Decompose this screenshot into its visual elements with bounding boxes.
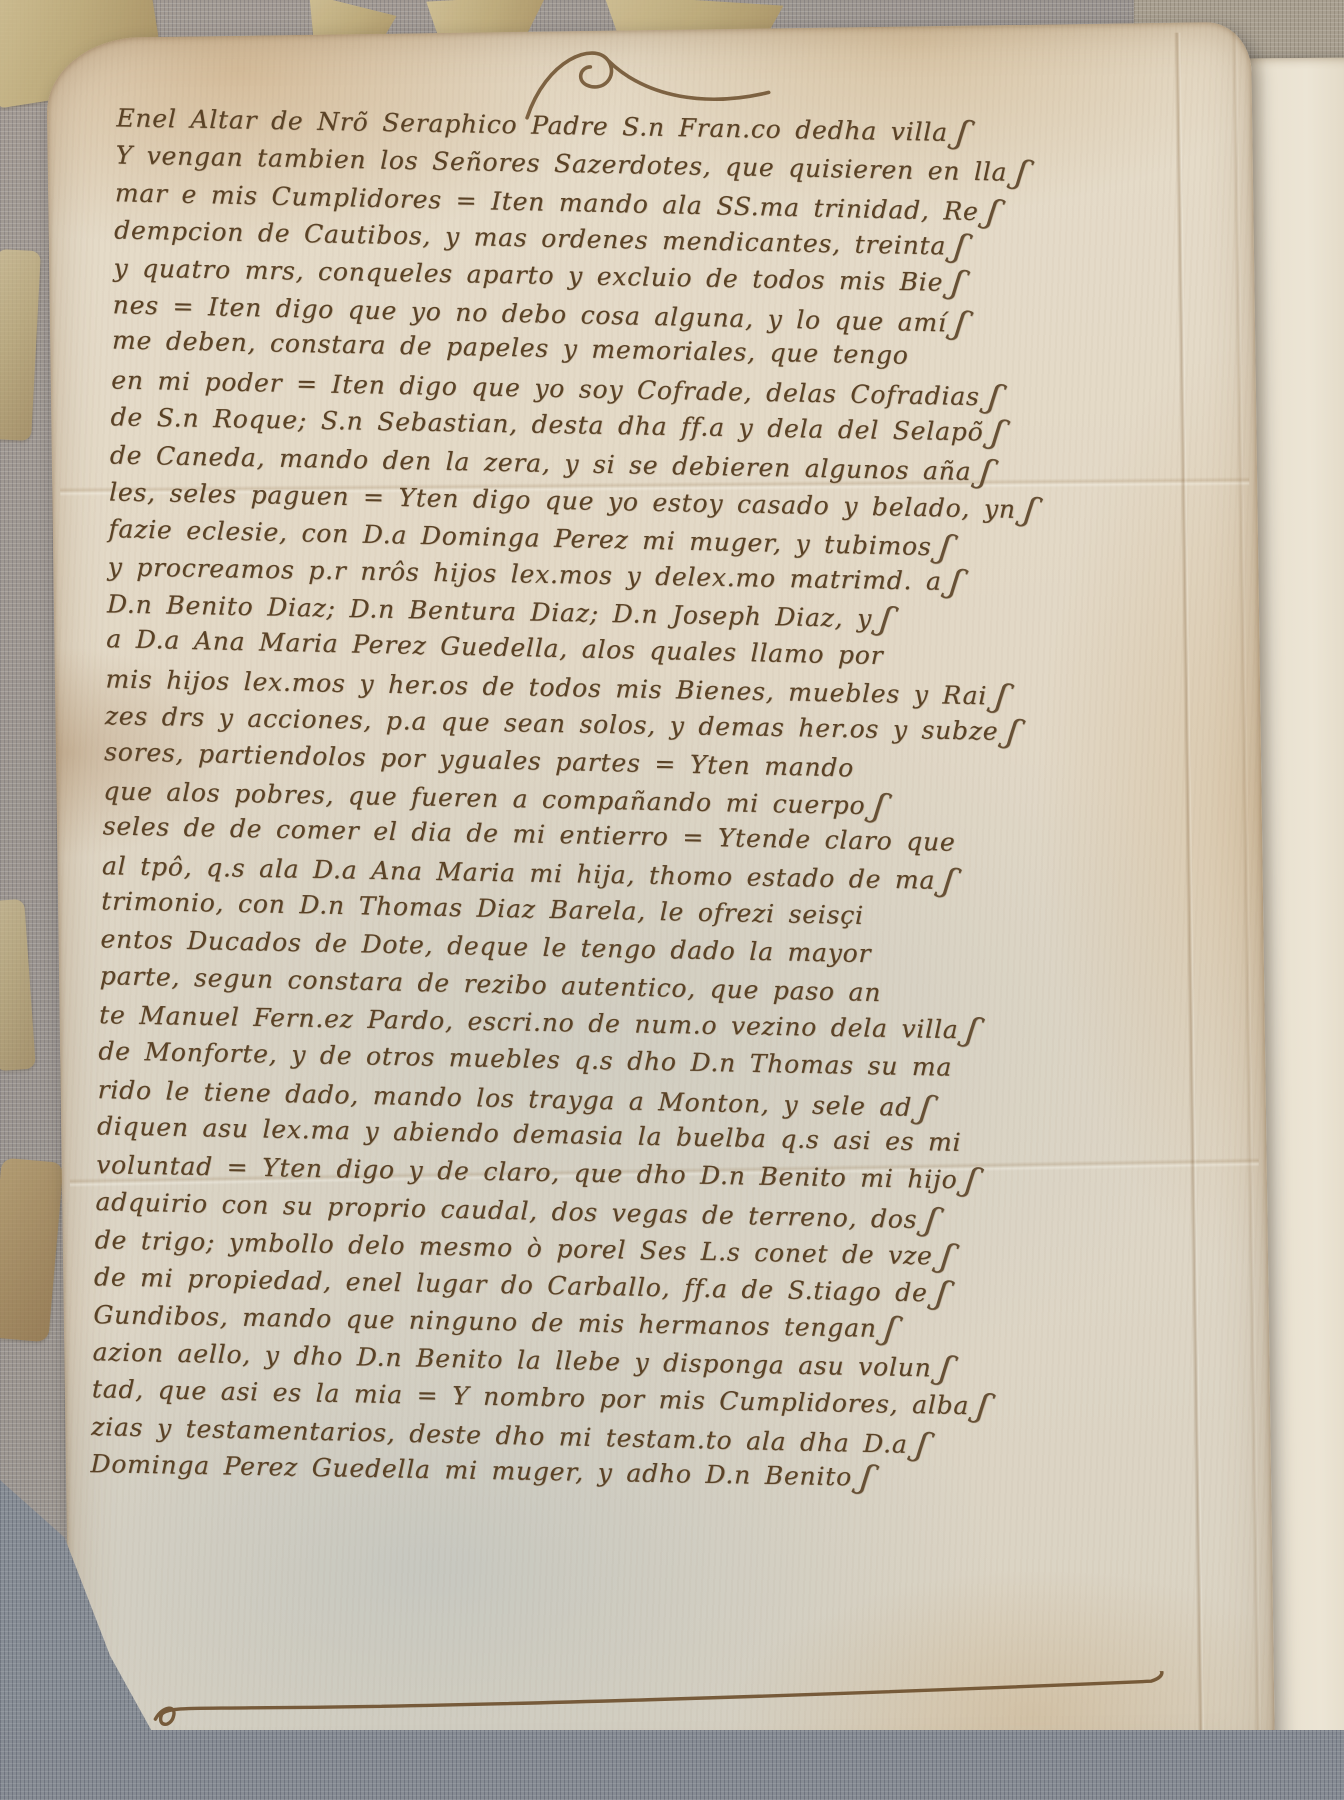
- line-end-flourish-icon: ʃ: [870, 788, 889, 827]
- line-end-flourish-icon: ʃ: [948, 264, 967, 303]
- vertical-fold-crease: [1174, 33, 1205, 1751]
- line-end-flourish-icon: ʃ: [983, 193, 1003, 232]
- line-end-flourish-icon: ʃ: [877, 601, 896, 640]
- line-end-flourish-icon: ʃ: [963, 1012, 982, 1051]
- line-end-flourish-icon: ʃ: [1003, 714, 1022, 753]
- line-end-flourish-icon: ʃ: [952, 114, 971, 153]
- line-end-flourish-icon: ʃ: [936, 1350, 955, 1389]
- line-end-flourish-icon: ʃ: [916, 1090, 936, 1129]
- gold-damask-edge-patch: [0, 899, 36, 1071]
- line-end-flourish-icon: ʃ: [1020, 491, 1039, 530]
- line-end-flourish-icon: ʃ: [946, 563, 965, 602]
- manuscript-line-text: Dominga Perez Guedella mi muger, y adho …: [90, 1449, 852, 1491]
- fabric-bottom-strip: [0, 1730, 1344, 1800]
- manuscript-text: Enel Altar de Nrõ Seraphico Padre S.n Fr…: [90, 98, 1076, 1500]
- gold-damask-edge-patch: [0, 249, 41, 441]
- line-end-flourish-icon: ʃ: [962, 1162, 981, 1201]
- line-end-flourish-icon: ʃ: [937, 1238, 956, 1277]
- gold-damask-edge-patch: [0, 1158, 64, 1343]
- line-end-flourish-icon: ʃ: [951, 305, 971, 344]
- line-end-flourish-icon: ʃ: [988, 414, 1007, 453]
- line-end-flourish-icon: ʃ: [922, 1202, 942, 1241]
- line-end-flourish-icon: ʃ: [976, 453, 995, 492]
- line-end-flourish-icon: ʃ: [940, 862, 959, 901]
- line-end-flourish-icon: ʃ: [857, 1459, 876, 1498]
- line-end-flourish-icon: ʃ: [1012, 155, 1031, 194]
- signature-paraph: [149, 1670, 1210, 1733]
- line-end-flourish-icon: ʃ: [881, 1310, 900, 1349]
- manuscript-page: Enel Altar de Nrõ Seraphico Padre S.n Fr…: [46, 22, 1275, 1781]
- photo-background: Enel Altar de Nrõ Seraphico Padre S.n Fr…: [0, 0, 1344, 1800]
- line-end-flourish-icon: ʃ: [974, 1388, 993, 1427]
